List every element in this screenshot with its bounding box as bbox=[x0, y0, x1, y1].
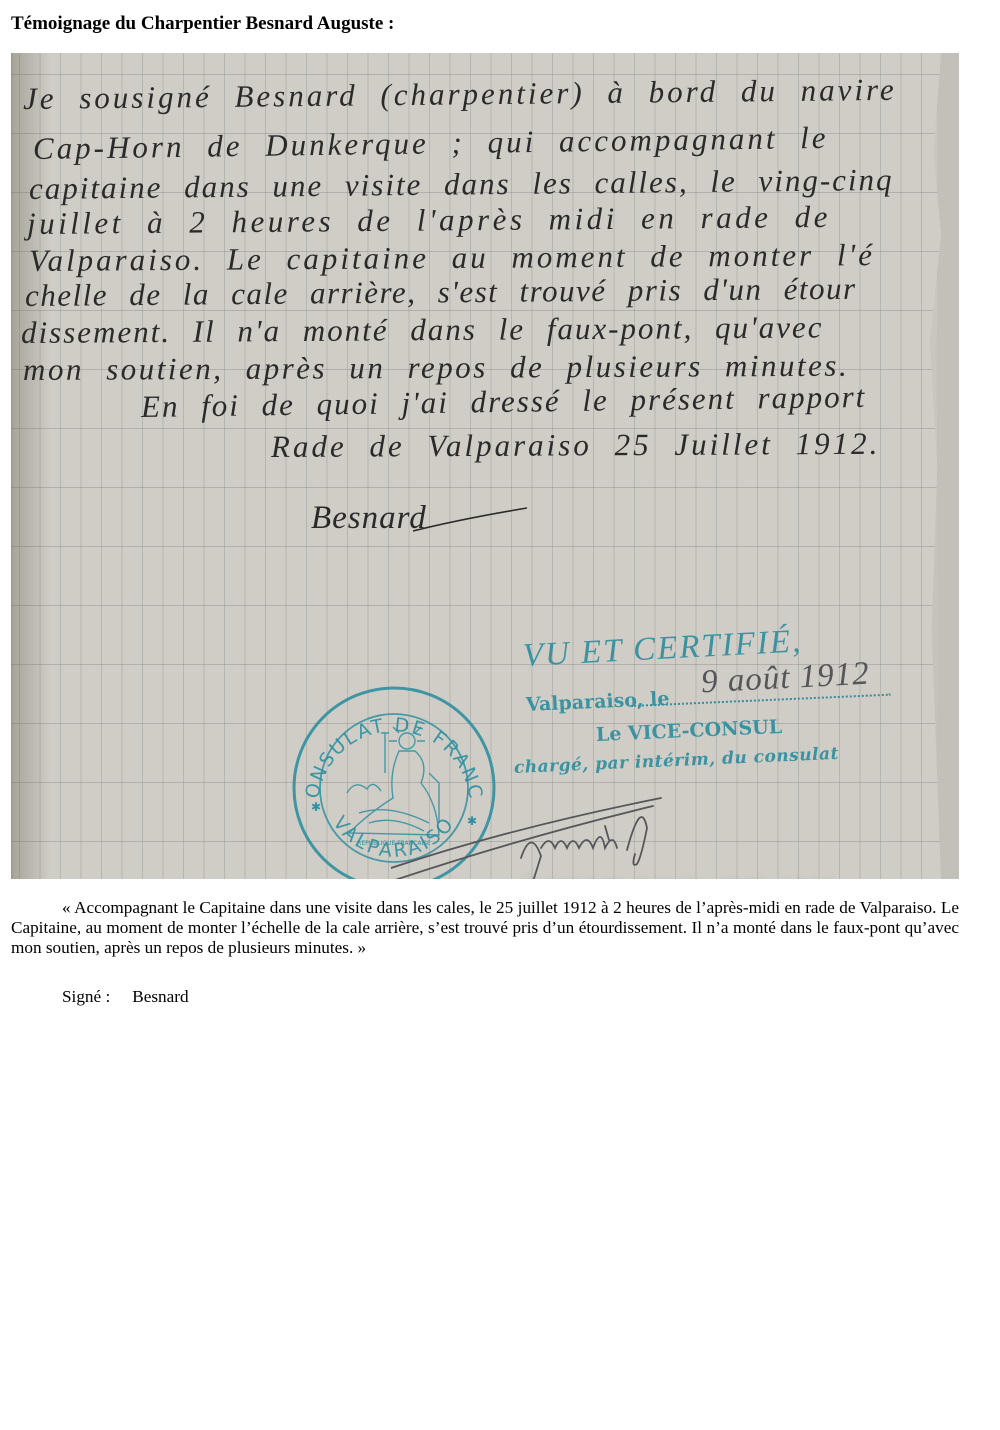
signed-name: Besnard bbox=[132, 987, 188, 1006]
signature-flourish bbox=[411, 505, 531, 535]
handwritten-signature: Besnard bbox=[311, 500, 427, 537]
consul-signature-icon bbox=[391, 788, 751, 879]
handwritten-line-6: chelle de la cale arrière, s'est trouvé … bbox=[25, 271, 857, 314]
handwritten-line-10: Rade de Valparaiso 25 Juillet 1912. bbox=[271, 426, 880, 465]
seal-top-text: CONSULAT DE FRANCE bbox=[289, 683, 487, 802]
signed-label: Signé : bbox=[62, 987, 110, 1006]
handwritten-line-7: dissement. Il n'a monté dans le faux-pon… bbox=[21, 309, 824, 351]
signature-line: Signé :Besnard bbox=[62, 987, 189, 1007]
photo-background bbox=[937, 53, 959, 879]
handwritten-testimony-photo: Je sousigné Besnard (charpentier) à bord… bbox=[11, 53, 959, 879]
handwritten-line-4: juillet à 2 heures de l'après midi en ra… bbox=[27, 199, 831, 242]
document-title: Témoignage du Charpentier Besnard August… bbox=[11, 12, 394, 36]
svg-text:CONSULAT DE FRANCE: CONSULAT DE FRANCE bbox=[289, 683, 487, 802]
testimony-transcription: « Accompagnant le Capitaine dans une vis… bbox=[11, 898, 959, 958]
svg-text:✱: ✱ bbox=[311, 800, 321, 814]
